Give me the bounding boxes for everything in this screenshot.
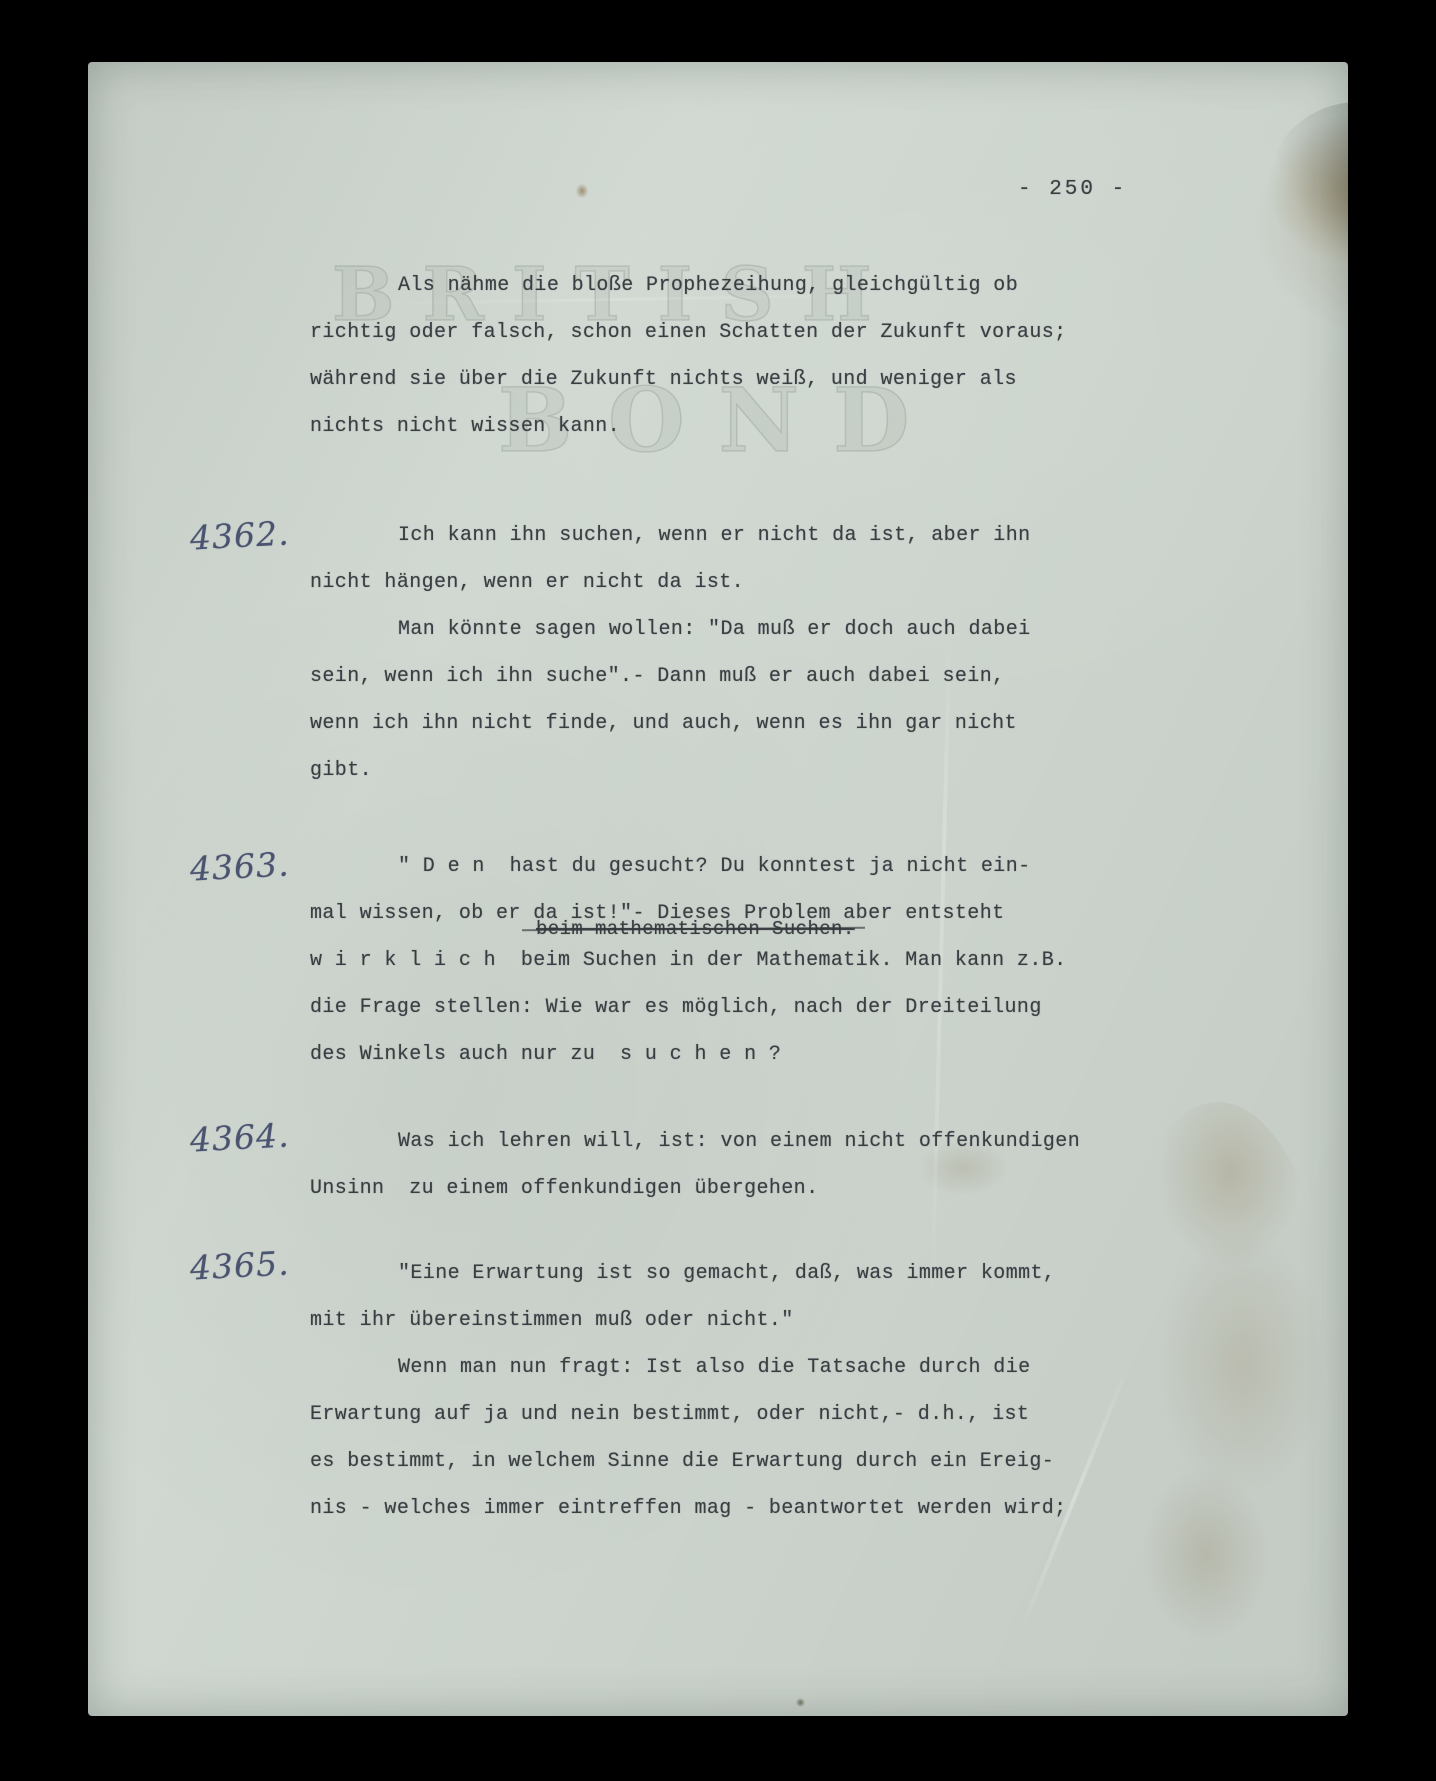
text-line: "Eine Erwartung ist so gemacht, daß, was… [310,1250,1155,1297]
stain-top-right [1196,114,1436,364]
margin-number-4364: 4364. [189,1115,290,1159]
text-line: wenn ich ihn nicht finde, und auch, wenn… [310,700,1155,747]
text-line: Als nähme die bloße Prophezeihung, gleic… [310,262,1155,309]
page-number: - 250 - [1018,178,1127,201]
text-line: Erwartung auf ja und nein bestimmt, oder… [310,1391,1155,1438]
paragraph-4364: Was ich lehren will, ist: von einem nich… [310,1118,1155,1212]
text-line: Man könnte sagen wollen: "Da muß er doch… [310,606,1155,653]
text-line: nis - welches immer eintreffen mag - bea… [310,1485,1155,1532]
text-line: es bestimmt, in welchem Sinne die Erwart… [310,1438,1155,1485]
speck-bottom [796,1698,805,1707]
paragraph-4365: "Eine Erwartung ist so gemacht, daß, was… [310,1250,1155,1532]
text-line: gibt. [310,747,1155,794]
text-line: während sie über die Zukunft nichts weiß… [310,356,1155,403]
margin-number-4362: 4362. [189,513,290,557]
text-line: mit ihr übereinstimmen muß oder nicht." [310,1297,1155,1344]
text-line: Ich kann ihn suchen, wenn er nicht da is… [310,512,1155,559]
text-line: die Frage stellen: Wie war es möglich, n… [310,984,1155,1031]
text-line: w i r k l i c h beim Suchen in der Mathe… [310,937,1155,984]
text-line: sein, wenn ich ihn suche".- Dann muß er … [310,653,1155,700]
struck-insertion: beim mathematischen Suchen. [536,916,855,942]
text-line: richtig oder falsch, schon einen Schatte… [310,309,1155,356]
margin-number-4365: 4365. [189,1243,290,1287]
corner-shadow [1268,102,1436,272]
text-line: Was ich lehren will, ist: von einem nich… [310,1118,1155,1165]
text-line: Unsinn zu einem offenkundigen übergehen. [310,1165,1155,1212]
document-scan: BRITISH BOND - 250 - Als nähme die bloße… [0,0,1436,1781]
text-line: nicht hängen, wenn er nicht da ist. [310,559,1155,606]
text-line: des Winkels auch nur zu s u c h e n ? [310,1031,1155,1078]
text-line: nichts nicht wissen kann. [310,403,1155,450]
paragraph-4362: Ich kann ihn suchen, wenn er nicht da is… [310,512,1155,794]
margin-number-4363: 4363. [189,844,290,888]
speck-top [576,184,588,198]
text-line: Wenn man nun fragt: Ist also die Tatsach… [310,1344,1155,1391]
paragraph-unnumbered: Als nähme die bloße Prophezeihung, gleic… [310,262,1155,450]
paragraph-4363: " D e n hast du gesucht? Du konntest ja … [310,843,1155,1078]
text-line: " D e n hast du gesucht? Du konntest ja … [310,843,1155,890]
